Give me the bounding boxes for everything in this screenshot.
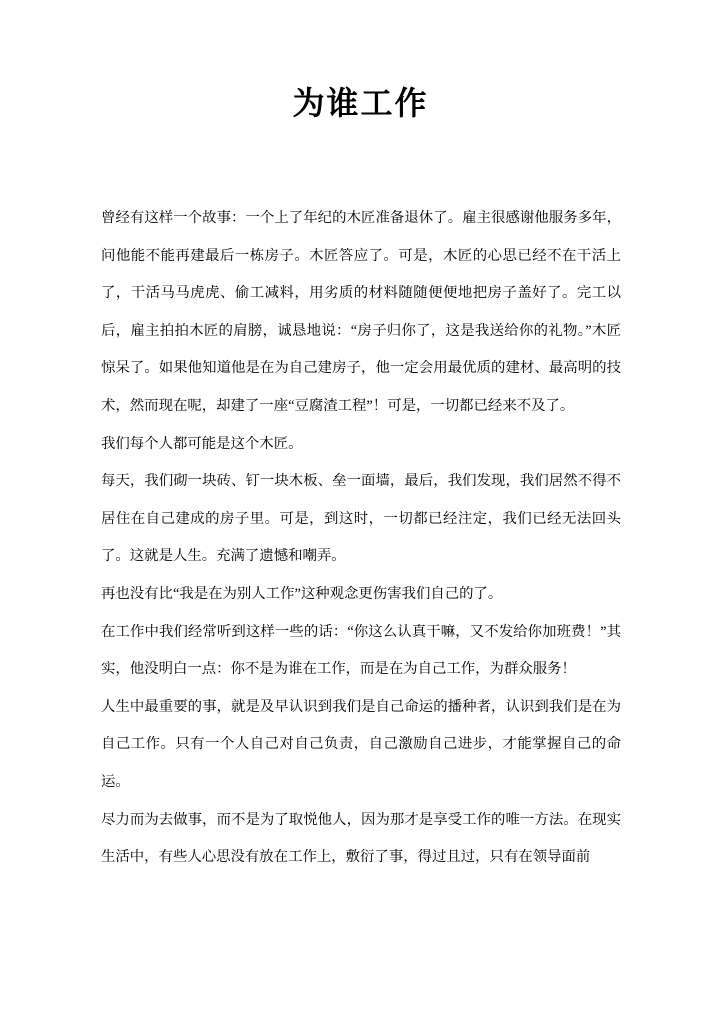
document-title: 为谁工作 — [0, 84, 721, 122]
document-body: 曾经有这样一个故事：一个上了年纪的木匠准备退休了。雇主很感谢他服务多年，问他能不… — [101, 200, 621, 877]
paragraph-we-are-carpenter: 我们每个人都可能是这个木匠。 — [101, 426, 621, 464]
paragraph-master-of-destiny: 人生中最重要的事，就是及早认识到我们是自己命运的播种者，认识到我们是在为自己工作… — [101, 689, 621, 802]
paragraph-building-our-house: 每天，我们砌一块砖、钉一块木板、垒一面墙，最后，我们发现，我们居然不得不居住在自… — [101, 463, 621, 576]
document-page: 为谁工作 曾经有这样一个故事：一个上了年纪的木匠准备退休了。雇主很感谢他服务多年… — [0, 0, 721, 1020]
paragraph-overtime-pay-quote: 在工作中我们经常听到这样一些的话：“你这么认真干嘛，又不发给你加班费！”其实，他… — [101, 614, 621, 689]
paragraph-do-your-best: 尽力而为去做事，而不是为了取悦他人，因为那才是享受工作的唯一方法。在现实生活中，… — [101, 802, 621, 877]
paragraph-working-for-others-harm: 再也没有比“我是在为别人工作”这种观念更伤害我们自己的了。 — [101, 576, 621, 614]
paragraph-carpenter-story: 曾经有这样一个故事：一个上了年纪的木匠准备退休了。雇主很感谢他服务多年，问他能不… — [101, 200, 621, 426]
